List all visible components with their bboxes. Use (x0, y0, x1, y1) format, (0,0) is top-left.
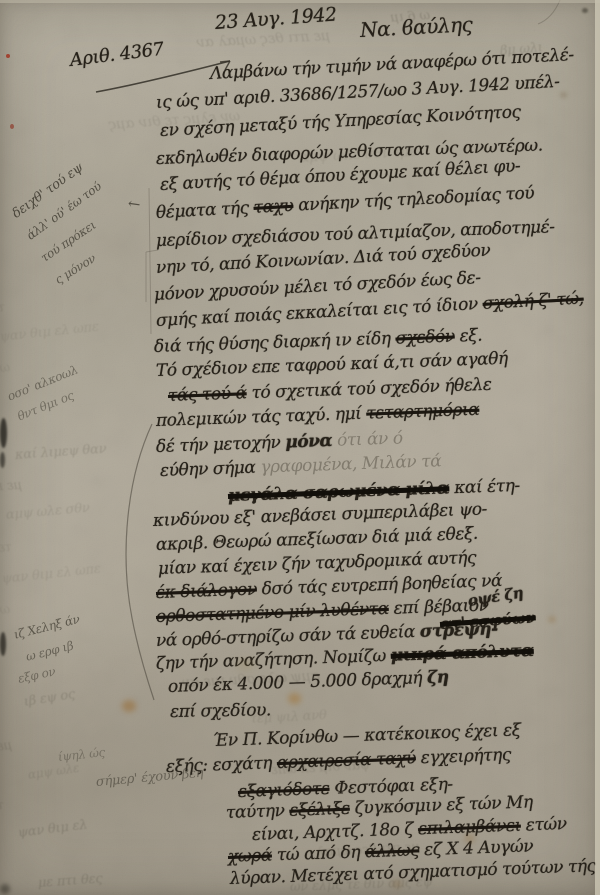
stain (560, 92, 567, 98)
stain (0, 632, 6, 656)
manuscript-page: ω 6 ιμβμ ωλιμε πτι θες ωμαλ ανων ελμς τε… (0, 0, 600, 895)
page-edge-strip (595, 0, 600, 895)
stain (236, 660, 254, 670)
stain (288, 693, 301, 704)
stain (6, 54, 10, 58)
page-top-edge (0, 0, 600, 3)
stain (392, 880, 402, 888)
stain (0, 884, 10, 894)
stain (464, 834, 475, 843)
stain (548, 616, 556, 623)
stain (122, 700, 136, 712)
stains-layer (0, 0, 600, 895)
stain (0, 452, 5, 468)
stain (582, 8, 588, 13)
stain (0, 418, 7, 448)
stain (10, 124, 14, 129)
